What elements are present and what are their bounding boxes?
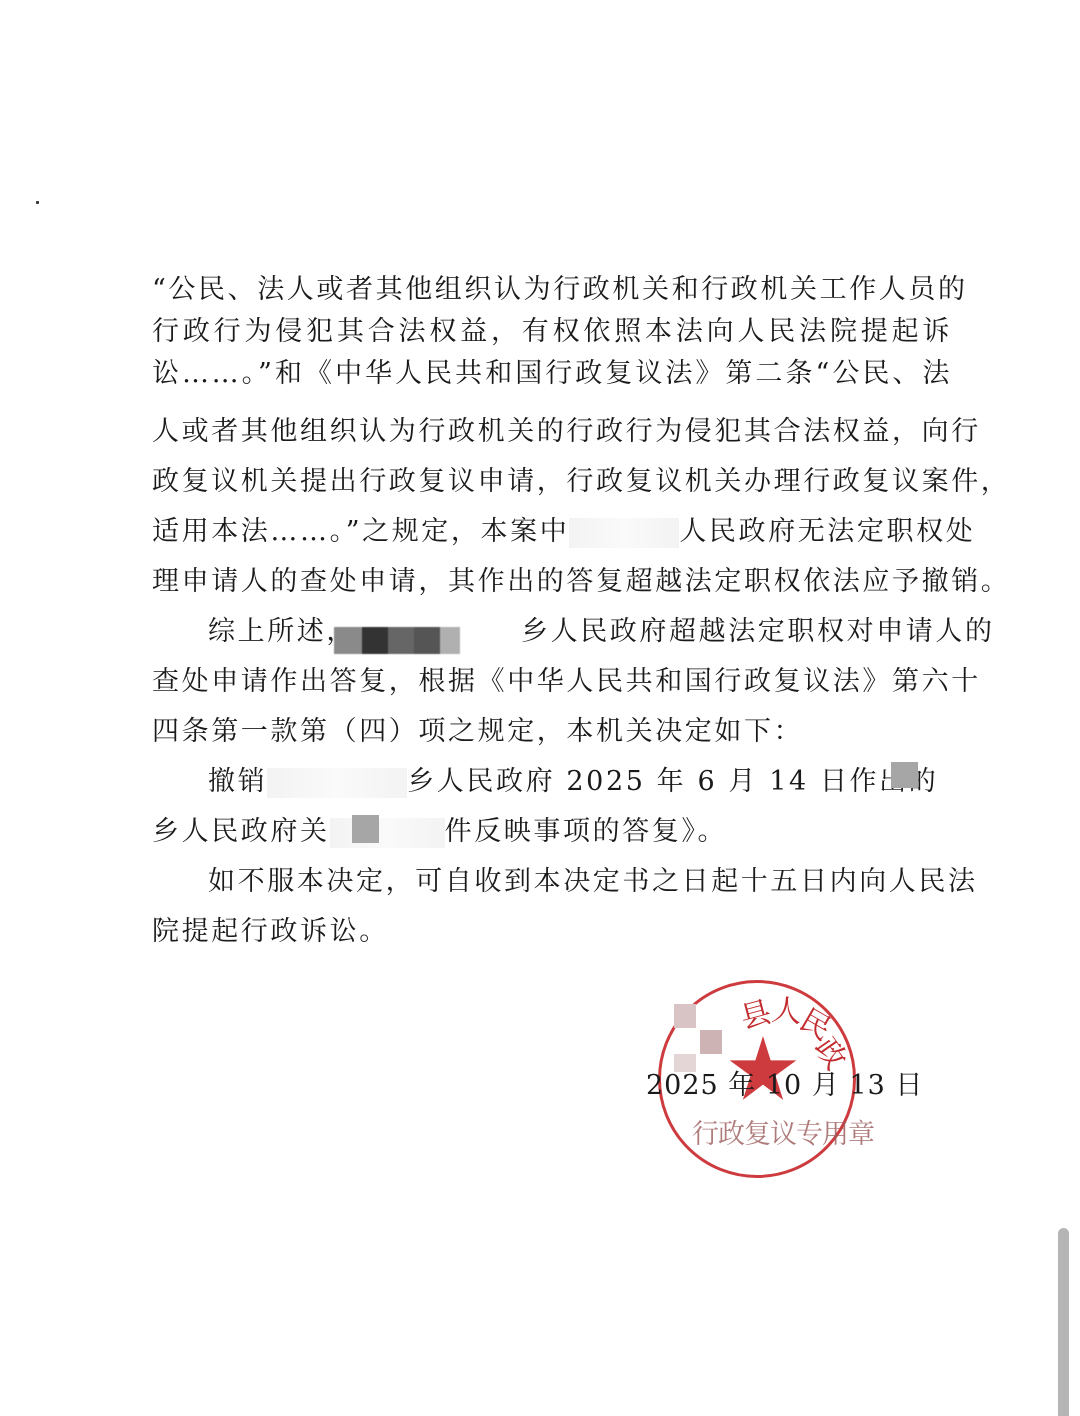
text-line-redacted: 撤销乡人民政府 2025 年 6 月 14 日作出的 [208,762,952,802]
mosaic-redaction [334,627,460,654]
seal-mosaic [674,1004,696,1028]
text-segment: 件反映事项的答复》。 [445,816,728,847]
text-line-redacted: 乡人民政府关件反映事项的答复》。 [152,812,952,852]
text-segment: 适用本法……。”之规定，本案中 [152,516,569,547]
text-line: 人或者其他组织认为行政机关的行政行为侵犯其合法权益，向行 [152,412,952,452]
scrollbar-thumb[interactable] [1058,1228,1069,1416]
redacted-region [267,768,407,798]
text-line: 讼……。”和《中华人民共和国行政复议法》第二条“公民、法 [152,354,952,394]
redacted-block [891,762,918,788]
text-line-redacted: 适用本法……。”之规定，本案中人民政府无法定职权处 [152,512,952,552]
text-segment: 乡人民政府超越法定职权对申请人的 [521,616,995,647]
text-line: 行政行为侵犯其合法权益，有权依照本法向人民法院提起诉 [152,312,952,352]
scan-speck [36,201,39,204]
text-segment: 人民政府无法定职权处 [679,516,975,547]
text-line-redacted: 综上所述，乡人民政府超越法定职权对申请人的 [208,612,952,652]
text-line: 四条第一款第（四）项之规定，本机关决定如下： [152,712,952,752]
text-segment: 撤销 [208,766,267,797]
signature-date: 2025 年 10 月 13 日 [646,1066,923,1106]
seal-mosaic [700,1030,722,1054]
text-segment: 乡人民政府 2025 年 6 月 14 日作出的 [407,766,938,797]
text-segment: 乡人民政府关 [152,816,330,847]
document-page: “公民、法人或者其他组织认为行政机关和行政机关工作人员的 行政行为侵犯其合法权益… [0,0,1080,1416]
seal-bottom-text: 行政复议专用章 [692,1112,874,1151]
text-line: 查处申请作出答复，根据《中华人民共和国行政复议法》第六十 [152,662,952,702]
redacted-region [569,518,679,548]
redacted-block [352,815,379,843]
text-line: “公民、法人或者其他组织认为行政机关和行政机关工作人员的 [152,270,952,310]
text-line: 院提起行政诉讼。 [152,912,952,952]
redacted-region [330,818,445,848]
text-line: 理申请人的查处申请，其作出的答复超越法定职权依法应予撤销。 [152,562,952,602]
text-line: 政复议机关提出行政复议申请，行政复议机关办理行政复议案件， [152,462,952,502]
text-line: 如不服本决定，可自收到本决定书之日起十五日内向人民法 [208,862,952,902]
